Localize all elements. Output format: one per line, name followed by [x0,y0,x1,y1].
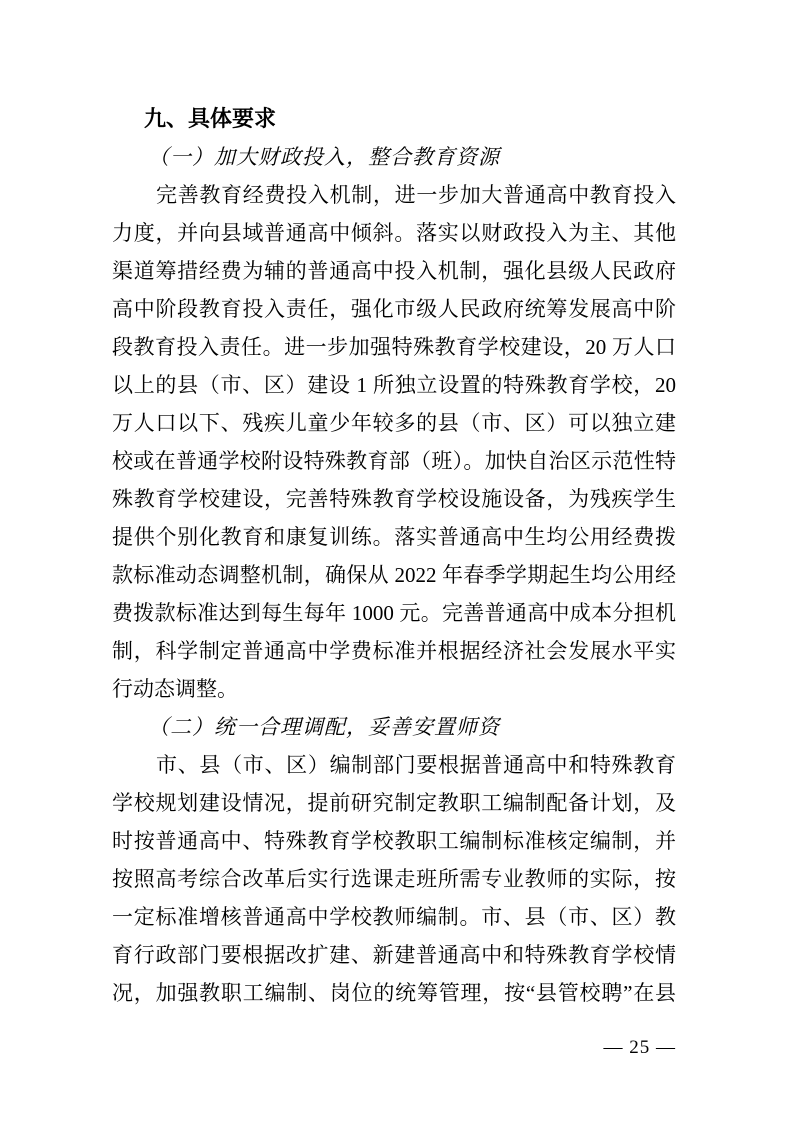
paragraph-line: 一定标准增核普通高中学校教师编制。市、县（市、区）教 [112,898,676,936]
page-number: — 25 — [604,1036,677,1060]
section-heading: 九、具体要求 [112,100,676,138]
paragraph-line: 提供个别化教育和康复训练。落实普通高中生均公用经费拨 [112,518,676,556]
paragraph-line: 力度，并向县域普通高中倾斜。落实以财政投入为主、其他 [112,214,676,252]
paragraph-line: 渠道筹措经费为辅的普通高中投入机制，强化县级人民政府 [112,252,676,290]
paragraph-line: 完善教育经费投入机制，进一步加大普通高中教育投入 [112,176,676,214]
paragraph-line: 学校规划建设情况，提前研究制定教职工编制配备计划，及 [112,784,676,822]
paragraph-line: 高中阶段教育投入责任，强化市级人民政府统筹发展高中阶 [112,290,676,328]
paragraph-line: 殊教育学校建设，完善特殊教育学校设施设备，为残疾学生 [112,480,676,518]
paragraph-line: 时按普通高中、特殊教育学校教职工编制标准核定编制，并 [112,822,676,860]
paragraph-line: 按照高考综合改革后实行选课走班所需专业教师的实际，按 [112,860,676,898]
paragraph-line: 万人口以下、残疾儿童少年较多的县（市、区）可以独立建 [112,404,676,442]
paragraph-line: 行动态调整。 [112,670,676,708]
subsection-title-2: （二）统一合理调配，妥善安置师资 [112,708,676,746]
paragraph-line: 段教育投入责任。进一步加强特殊教育学校建设，20 万人口 [112,328,676,366]
subsection-title-1: （一）加大财政投入，整合教育资源 [112,138,676,176]
paragraph-line: 以上的县（市、区）建设 1 所独立设置的特殊教育学校，20 [112,366,676,404]
paragraph-line: 制，科学制定普通高中学费标准并根据经济社会发展水平实 [112,632,676,670]
paragraph-line: 市、县（市、区）编制部门要根据普通高中和特殊教育 [112,746,676,784]
paragraph-line: 款标准动态调整机制，确保从 2022 年春季学期起生均公用经 [112,556,676,594]
paragraph-line: 育行政部门要根据改扩建、新建普通高中和特殊教育学校情 [112,936,676,974]
paragraph-line: 况，加强教职工编制、岗位的统筹管理，按“县管校聘”在县 [112,974,676,1012]
paragraph-line: 校或在普通学校附设特殊教育部（班）。加快自治区示范性特 [112,442,676,480]
document-body: 九、具体要求 （一）加大财政投入，整合教育资源 完善教育经费投入机制，进一步加大… [112,100,676,1012]
document-page: 九、具体要求 （一）加大财政投入，整合教育资源 完善教育经费投入机制，进一步加大… [0,0,794,1123]
paragraph-line: 费拨款标准达到每生每年 1000 元。完善普通高中成本分担机 [112,594,676,632]
